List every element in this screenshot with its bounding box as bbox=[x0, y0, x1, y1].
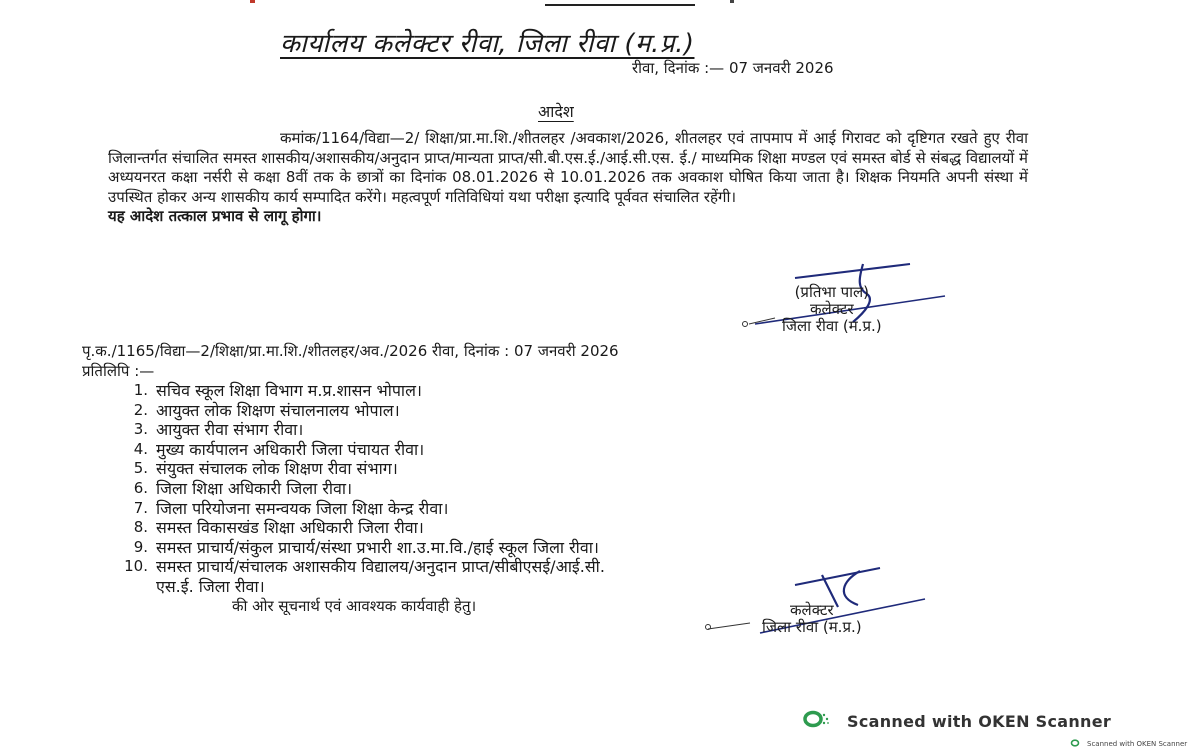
oken-scanner-logo-icon bbox=[803, 710, 831, 732]
signatory-designation: कलेक्टर bbox=[782, 301, 882, 318]
list-item: 7.जिला परियोजना समन्वयक जिला शिक्षा केन्… bbox=[116, 499, 1002, 519]
signatory-name: (प्रतिभा पाल) bbox=[782, 284, 882, 301]
signatory-location: जिला रीवा (म.प्र.) bbox=[762, 619, 862, 636]
watermark-small-text: Scanned with OKEN Scanner bbox=[1087, 740, 1187, 748]
order-heading: आदेश bbox=[538, 100, 574, 122]
list-item: 3.आयुक्त रीवा संभाग रीवा। bbox=[116, 420, 1002, 440]
copy-reference-number: पृ.क./1165/विद्या—2/शिक्षा/प्रा.मा.शि./श… bbox=[82, 342, 1002, 362]
scanner-watermark: Scanned with OKEN Scanner bbox=[803, 710, 1111, 732]
copy-label: प्रतिलिपि :— bbox=[82, 362, 1002, 382]
scan-artifact-top bbox=[545, 0, 695, 6]
order-reference-number: कमांक/1164/विद्या—2/ शिक्षा/प्रा.मा.शि./… bbox=[280, 129, 669, 147]
signature-block-collector-copy: कलेक्टर जिला रीवा (म.प्र.) bbox=[762, 602, 862, 636]
scanned-document-page: कार्यालय कलेक्टर रीवा, जिला रीवा (म.प्र.… bbox=[0, 0, 1200, 750]
list-item: 2.आयुक्त लोक शिक्षण संचालनालय भोपाल। bbox=[116, 401, 1002, 421]
list-item: 9.समस्त प्राचार्य/संकुल प्राचार्य/संस्था… bbox=[116, 538, 1002, 558]
office-title: कार्यालय कलेक्टर रीवा, जिला रीवा (म.प्र.… bbox=[280, 24, 694, 60]
oken-scanner-logo-icon bbox=[1070, 739, 1082, 749]
list-item: 6.जिला शिक्षा अधिकारी जिला रीवा। bbox=[116, 479, 1002, 499]
list-item: 4.मुख्य कार्यपालन अधिकारी जिला पंचायत री… bbox=[116, 440, 1002, 460]
scan-artifact-red-mark bbox=[250, 0, 255, 3]
list-item: 8.समस्त विकासखंड शिक्षा अधिकारी जिला रीव… bbox=[116, 518, 1002, 538]
order-date: रीवा, दिनांक :— 07 जनवरी 2026 bbox=[632, 58, 834, 78]
scan-artifact-top-dot bbox=[730, 0, 734, 3]
signature-block-collector: (प्रतिभा पाल) कलेक्टर जिला रीवा (म.प्र.) bbox=[782, 284, 882, 335]
list-item: 5.संयुक्त संचालक लोक शिक्षण रीवा संभाग। bbox=[116, 459, 1002, 479]
watermark-text: Scanned with OKEN Scanner bbox=[847, 712, 1111, 731]
signatory-location: जिला रीवा (म.प्र.) bbox=[782, 318, 882, 335]
order-body-paragraph: कमांक/1164/विद्या—2/ शिक्षा/प्रा.मा.शि./… bbox=[108, 129, 1028, 207]
signatory-designation: कलेक्टर bbox=[762, 602, 862, 619]
order-body: कमांक/1164/विद्या—2/ शिक्षा/प्रा.मा.शि./… bbox=[108, 129, 1028, 227]
order-effect-line: यह आदेश तत्काल प्रभाव से लागू होगा। bbox=[108, 207, 1028, 227]
scanner-watermark-small: Scanned with OKEN Scanner bbox=[1070, 739, 1187, 749]
list-item: 1.सचिव स्कूल शिक्षा विभाग म.प्र.शासन भोप… bbox=[116, 381, 1002, 401]
